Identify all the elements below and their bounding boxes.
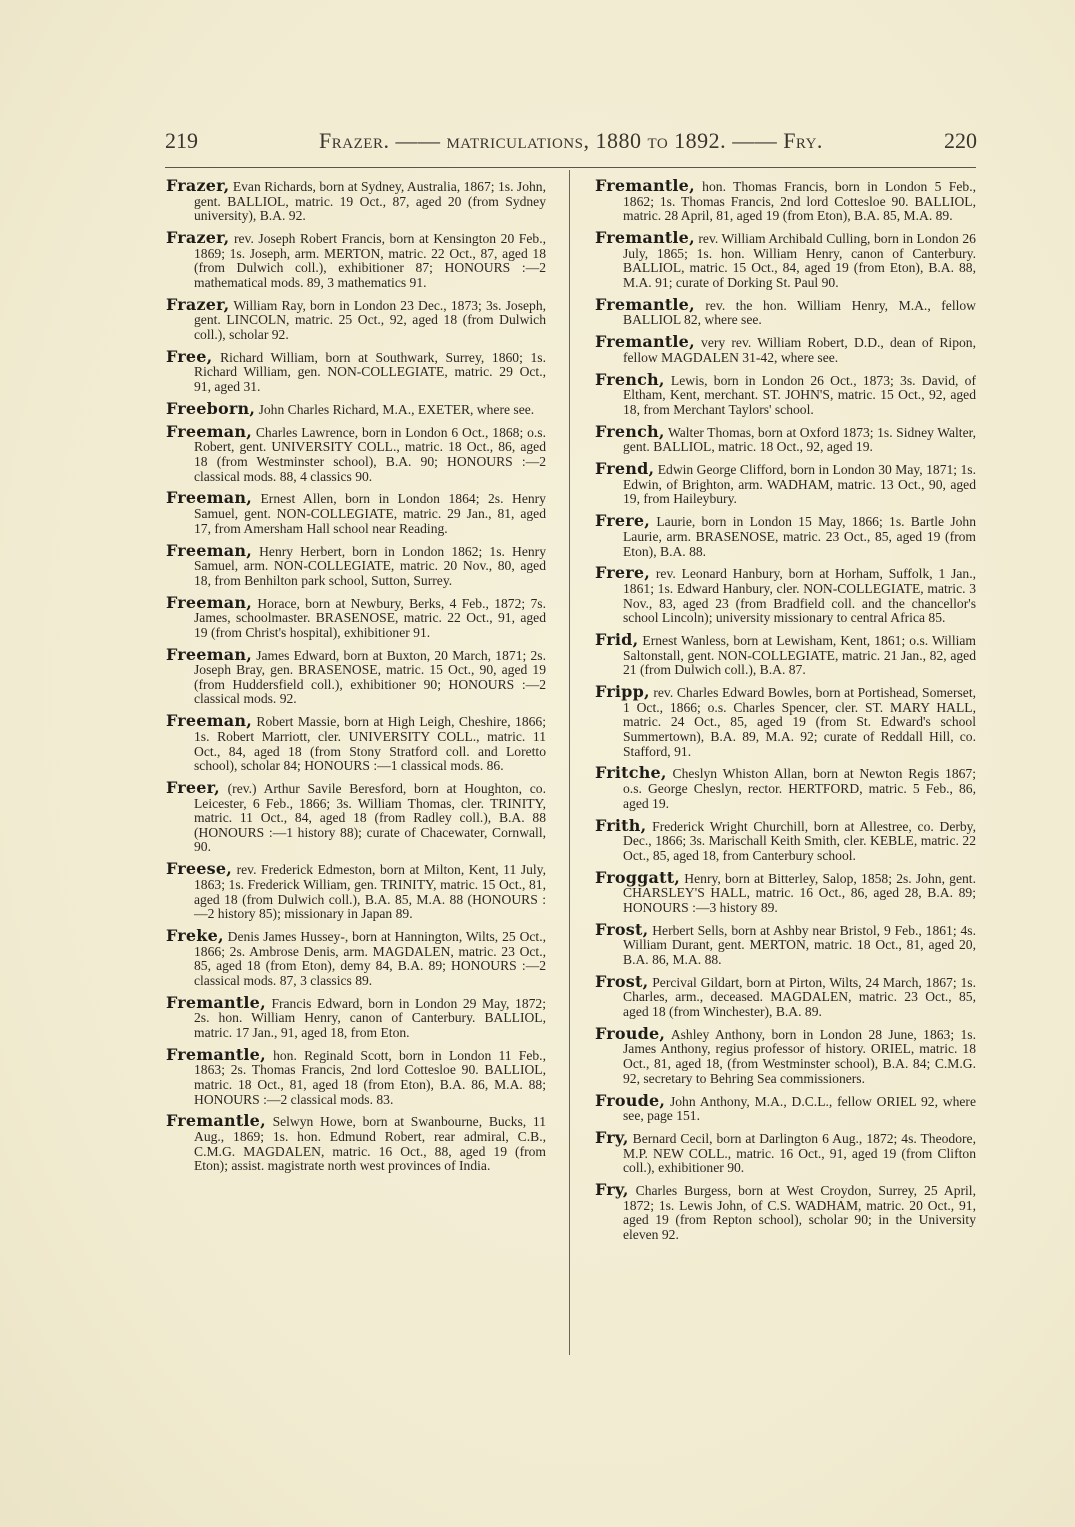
entry: Frazer, rev. Joseph Robert Francis, born…	[166, 231, 546, 290]
entry-surname: Froude,	[595, 1024, 665, 1043]
entry-surname: Froude,	[595, 1091, 665, 1110]
right-page-number: 220	[944, 128, 977, 154]
entry-surname: Freeman,	[166, 593, 252, 612]
entry-surname: Frid,	[595, 630, 638, 649]
entry: Fremantle, rev. William Archibald Cullin…	[595, 231, 976, 290]
header-title-middle: matriculations, 1880 to 1892.	[446, 128, 726, 153]
entry-surname: Fremantle,	[166, 993, 266, 1012]
entry: Froggatt, Henry, born at Bitterley, Salo…	[595, 871, 976, 916]
header-title: Frazer. —— matriculations, 1880 to 1892.…	[319, 128, 823, 154]
entry-text: Charles Burgess, born at West Croydon, S…	[623, 1183, 976, 1242]
entry: French, Lewis, born in London 26 Oct., 1…	[595, 373, 976, 418]
entry-surname: Freese,	[166, 859, 232, 878]
entry-surname: Frere,	[595, 563, 650, 582]
entry: Frost, Herbert Sells, born at Ashby near…	[595, 923, 976, 968]
entry: Freke, Denis James Hussey-, born at Hann…	[166, 929, 546, 988]
entry: Fremantle, Francis Edward, born in Londo…	[166, 996, 546, 1041]
entry-text: Walter Thomas, born at Oxford 1873; 1s. …	[623, 425, 976, 455]
entry-text: rev. Joseph Robert Francis, born at Kens…	[194, 231, 546, 290]
entry: Frazer, Evan Richards, born at Sydney, A…	[166, 179, 546, 224]
entry-text: Lewis, born in London 26 Oct., 1873; 3s.…	[623, 373, 976, 417]
entry-surname: Frere,	[595, 511, 650, 530]
column-divider	[569, 170, 570, 1355]
entry-surname: Frazer,	[166, 295, 229, 314]
entry-text: rev. Frederick Edmeston, born at Milton,…	[194, 862, 546, 921]
entry-surname: Freeman,	[166, 541, 252, 560]
entry-text: John Charles Richard, M.A., EXETER, wher…	[259, 402, 535, 417]
entry-surname: Fry,	[595, 1128, 629, 1147]
entry-text: Ernest Wanless, born at Lewisham, Kent, …	[623, 633, 976, 677]
entry-surname: Fremantle,	[595, 332, 695, 351]
entry: Fritche, Cheslyn Whiston Allan, born at …	[595, 766, 976, 811]
entry: Freer, (rev.) Arthur Savile Beresford, b…	[166, 781, 546, 855]
entry: Frend, Edwin George Clifford, born in Lo…	[595, 462, 976, 507]
entry-surname: Freeman,	[166, 422, 252, 441]
header-separator: ——	[732, 128, 777, 153]
entry: Frost, Percival Gildart, born at Pirton,…	[595, 975, 976, 1020]
entry-surname: Fremantle,	[595, 295, 695, 314]
entry-surname: Fremantle,	[595, 176, 695, 195]
entry-surname: Freeman,	[166, 488, 252, 507]
entry-text: Edwin George Clifford, born in London 30…	[623, 462, 976, 506]
entry: Fremantle, hon. Reginald Scott, born in …	[166, 1048, 546, 1107]
entry-surname: Frost,	[595, 920, 648, 939]
entry: Freeman, Robert Massie, born at High Lei…	[166, 714, 546, 773]
entry: Fremantle, very rev. William Robert, D.D…	[595, 335, 976, 365]
entry-surname: Frith,	[595, 816, 646, 835]
entry: Fripp, rev. Charles Edward Bowles, born …	[595, 685, 976, 759]
entry-text: (rev.) Arthur Savile Beresford, born at …	[194, 781, 546, 854]
entry: Frid, Ernest Wanless, born at Lewisham, …	[595, 633, 976, 678]
entry: French, Walter Thomas, born at Oxford 18…	[595, 425, 976, 455]
entry-surname: Fremantle,	[166, 1045, 266, 1064]
entry: Fremantle, Selwyn Howe, born at Swanbour…	[166, 1114, 546, 1173]
entry: Freeman, James Edward, born at Buxton, 2…	[166, 648, 546, 707]
entry: Freeman, Henry Herbert, born in London 1…	[166, 544, 546, 589]
entry-text: Laurie, born in London 15 May, 1866; 1s.…	[623, 514, 976, 558]
entry: Free, Richard William, born at Southwark…	[166, 350, 546, 395]
book-page: 219 Frazer. —— matriculations, 1880 to 1…	[0, 0, 1075, 1527]
entry: Fremantle, rev. the hon. William Henry, …	[595, 298, 976, 328]
entry-surname: Free,	[166, 347, 212, 366]
entry-text: Herbert Sells, born at Ashby near Bristo…	[623, 923, 976, 967]
entry-text: Ashley Anthony, born in London 28 June, …	[623, 1027, 976, 1086]
entry-surname: Frazer,	[166, 176, 229, 195]
entry: Fremantle, hon. Thomas Francis, born in …	[595, 179, 976, 224]
entry: Frere, Laurie, born in London 15 May, 18…	[595, 514, 976, 559]
entry-surname: French,	[595, 422, 665, 441]
header-rule	[165, 167, 976, 168]
header-title-start: Frazer.	[319, 128, 389, 153]
right-column: Fremantle, hon. Thomas Francis, born in …	[595, 179, 976, 1250]
entry: Fry, Bernard Cecil, born at Darlington 6…	[595, 1131, 976, 1176]
entry-text: rev. Leonard Hanbury, born at Horham, Su…	[623, 566, 976, 625]
entry-text: Richard William, born at Southwark, Surr…	[194, 350, 546, 394]
entry-surname: Frazer,	[166, 228, 229, 247]
entry-text: Cheslyn Whiston Allan, born at Newton Re…	[623, 766, 976, 810]
entry-text: rev. Charles Edward Bowles, born at Port…	[623, 685, 976, 758]
entry-surname: Fremantle,	[595, 228, 695, 247]
entry-surname: Freeman,	[166, 645, 252, 664]
entry: Fry, Charles Burgess, born at West Croyd…	[595, 1183, 976, 1242]
entry-text: John Anthony, M.A., D.C.L., fellow ORIEL…	[623, 1094, 976, 1124]
entry: Freeman, Charles Lawrence, born in Londo…	[166, 425, 546, 484]
entry-text: Denis James Hussey-, born at Hannington,…	[194, 929, 546, 988]
entry: Freese, rev. Frederick Edmeston, born at…	[166, 862, 546, 921]
entry-surname: Fripp,	[595, 682, 650, 701]
header-title-end: Fry.	[783, 128, 823, 153]
left-page-number: 219	[165, 128, 198, 154]
entry-surname: Froggatt,	[595, 868, 680, 887]
entry: Froude, John Anthony, M.A., D.C.L., fell…	[595, 1094, 976, 1124]
entry-text: Frederick Wright Churchill, born at Alle…	[623, 819, 976, 863]
entry-text: Bernard Cecil, born at Darlington 6 Aug.…	[623, 1131, 976, 1175]
entry: Frazer, William Ray, born in London 23 D…	[166, 298, 546, 343]
entry-surname: Freer,	[166, 778, 220, 797]
entry-text: Percival Gildart, born at Pirton, Wilts,…	[623, 975, 976, 1019]
entry: Freeman, Horace, born at Newbury, Berks,…	[166, 596, 546, 641]
entry-surname: Fry,	[595, 1180, 629, 1199]
entry-surname: Freeborn,	[166, 399, 255, 418]
entry-surname: Fritche,	[595, 763, 667, 782]
entry: Frith, Frederick Wright Churchill, born …	[595, 819, 976, 864]
entry: Freeborn, John Charles Richard, M.A., EX…	[166, 402, 546, 418]
left-column: Frazer, Evan Richards, born at Sydney, A…	[166, 179, 546, 1181]
entry-text: William Ray, born in London 23 Dec., 187…	[194, 298, 546, 342]
entry: Freeman, Ernest Allen, born in London 18…	[166, 491, 546, 536]
entry-text: Evan Richards, born at Sydney, Australia…	[194, 179, 546, 223]
entry-surname: Freeman,	[166, 711, 252, 730]
entry: Frere, rev. Leonard Hanbury, born at Hor…	[595, 566, 976, 625]
entry-surname: French,	[595, 370, 665, 389]
entry-surname: Frend,	[595, 459, 654, 478]
entry-surname: Frost,	[595, 972, 648, 991]
entry-surname: Freke,	[166, 926, 224, 945]
entry-surname: Fremantle,	[166, 1111, 266, 1130]
entry: Froude, Ashley Anthony, born in London 2…	[595, 1027, 976, 1086]
header-separator: ——	[395, 128, 440, 153]
running-header: 219 Frazer. —— matriculations, 1880 to 1…	[165, 128, 977, 168]
